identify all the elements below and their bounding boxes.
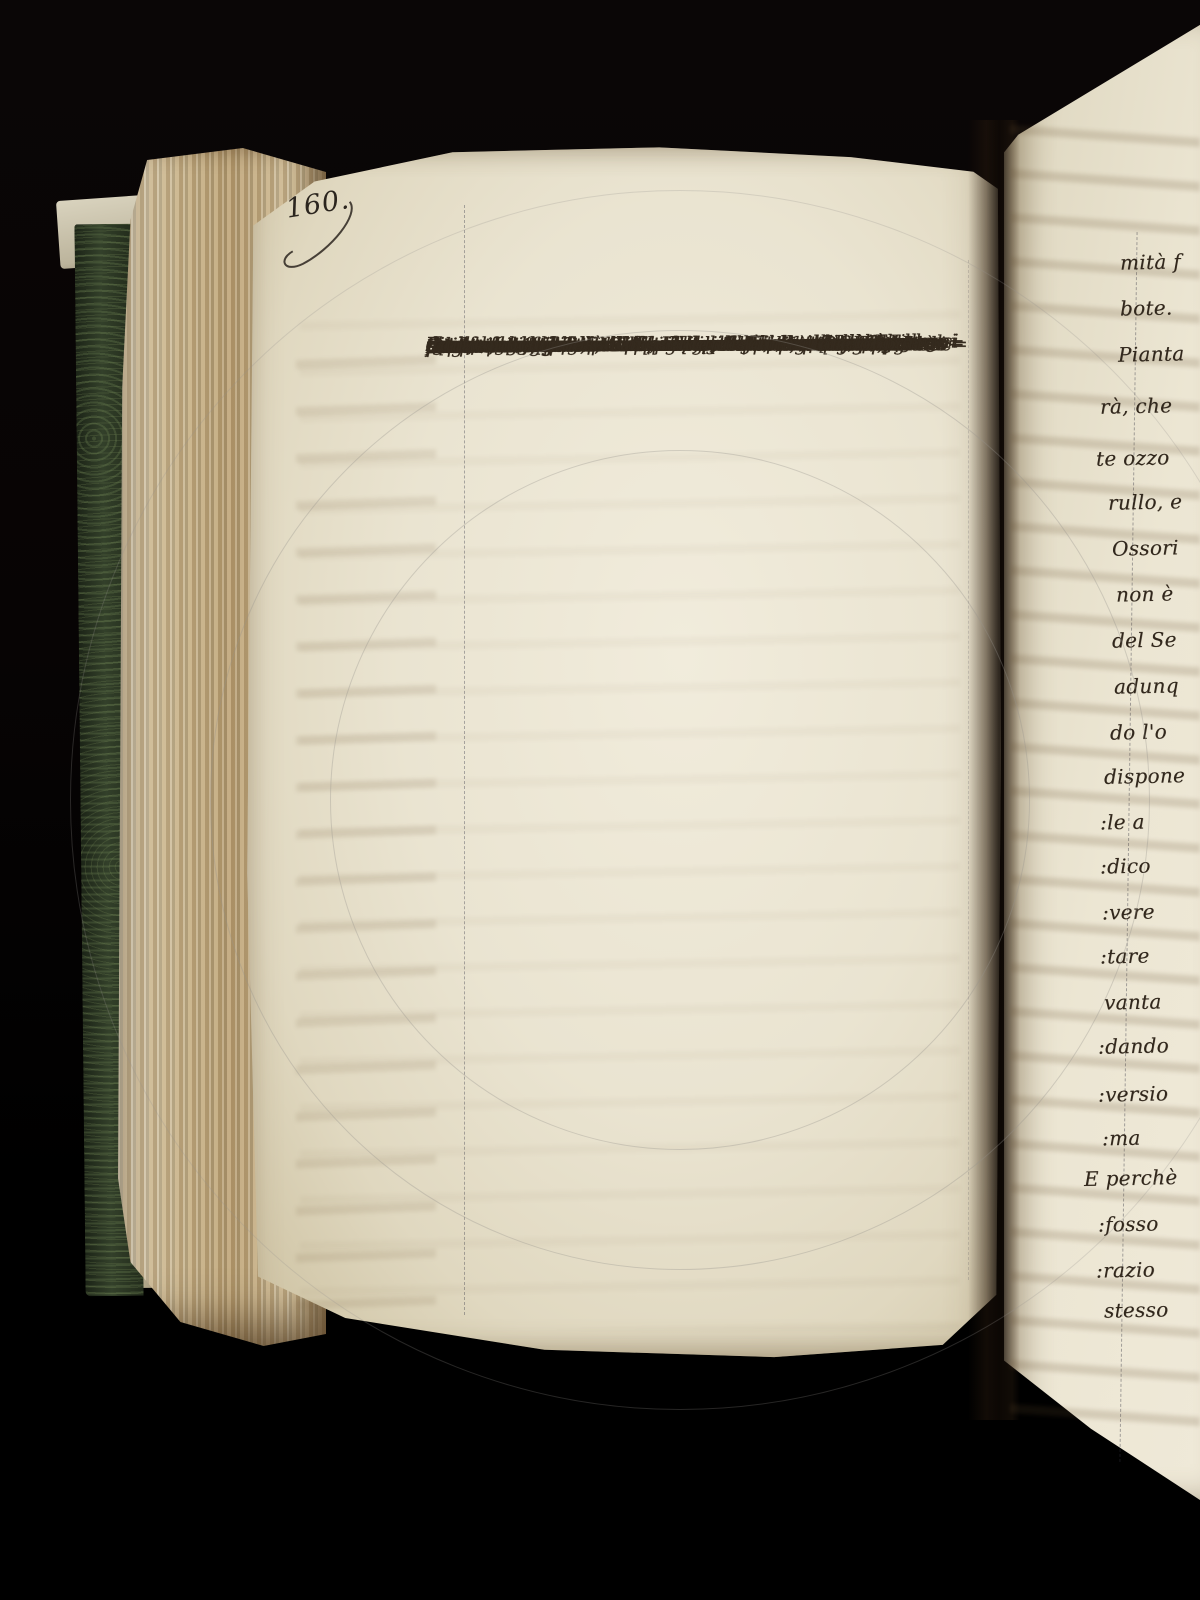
right-page-fragment: rullo, e bbox=[1108, 491, 1183, 513]
right-page-fragment: :le a bbox=[1100, 812, 1145, 833]
right-page-fragment: mità f bbox=[1120, 251, 1181, 272]
right-page-fragment: Ossori bbox=[1112, 537, 1179, 558]
right-page-fragment: stesso bbox=[1104, 1299, 1169, 1320]
manuscript-line: :tanze Locali possa presentarci la migli… bbox=[426, 326, 1000, 363]
right-page-fragment: :dico bbox=[1100, 855, 1151, 876]
right-page-fragment: :ma bbox=[1102, 1128, 1141, 1149]
right-page-fragment: do l'o bbox=[1110, 721, 1167, 742]
right-page-fragment: rà, che bbox=[1100, 395, 1173, 417]
right-page-fragment: :fosso bbox=[1098, 1213, 1159, 1234]
right-page-fragment: E perchè bbox=[1084, 1167, 1178, 1189]
right-page-fragment: adunq bbox=[1114, 675, 1179, 696]
right-page-fragment: vanta bbox=[1104, 991, 1162, 1012]
right-page-fragment: :vere bbox=[1102, 901, 1155, 922]
right-page-fragment: del Se bbox=[1112, 629, 1177, 650]
right-page-fragment: :tare bbox=[1100, 945, 1150, 966]
right-page-fragment: :dando bbox=[1098, 1035, 1169, 1056]
right-page-fragment: te ozzo bbox=[1096, 447, 1170, 469]
right-page-fragment: :razio bbox=[1096, 1259, 1155, 1280]
right-page-fragment: dispone bbox=[1104, 765, 1186, 787]
right-page-fragment: non è bbox=[1116, 583, 1174, 604]
manuscript-text-block: Il terzo metodo poi consisterebbe nel ri… bbox=[426, 325, 1005, 1244]
manuscript-photo: 160. Il terzo metodo poi consisterebbe n… bbox=[0, 0, 1200, 1600]
right-page-fragment: :versio bbox=[1098, 1083, 1169, 1104]
right-page-fragment: bote. bbox=[1120, 297, 1173, 318]
right-page-fragment: Pianta bbox=[1118, 343, 1185, 364]
